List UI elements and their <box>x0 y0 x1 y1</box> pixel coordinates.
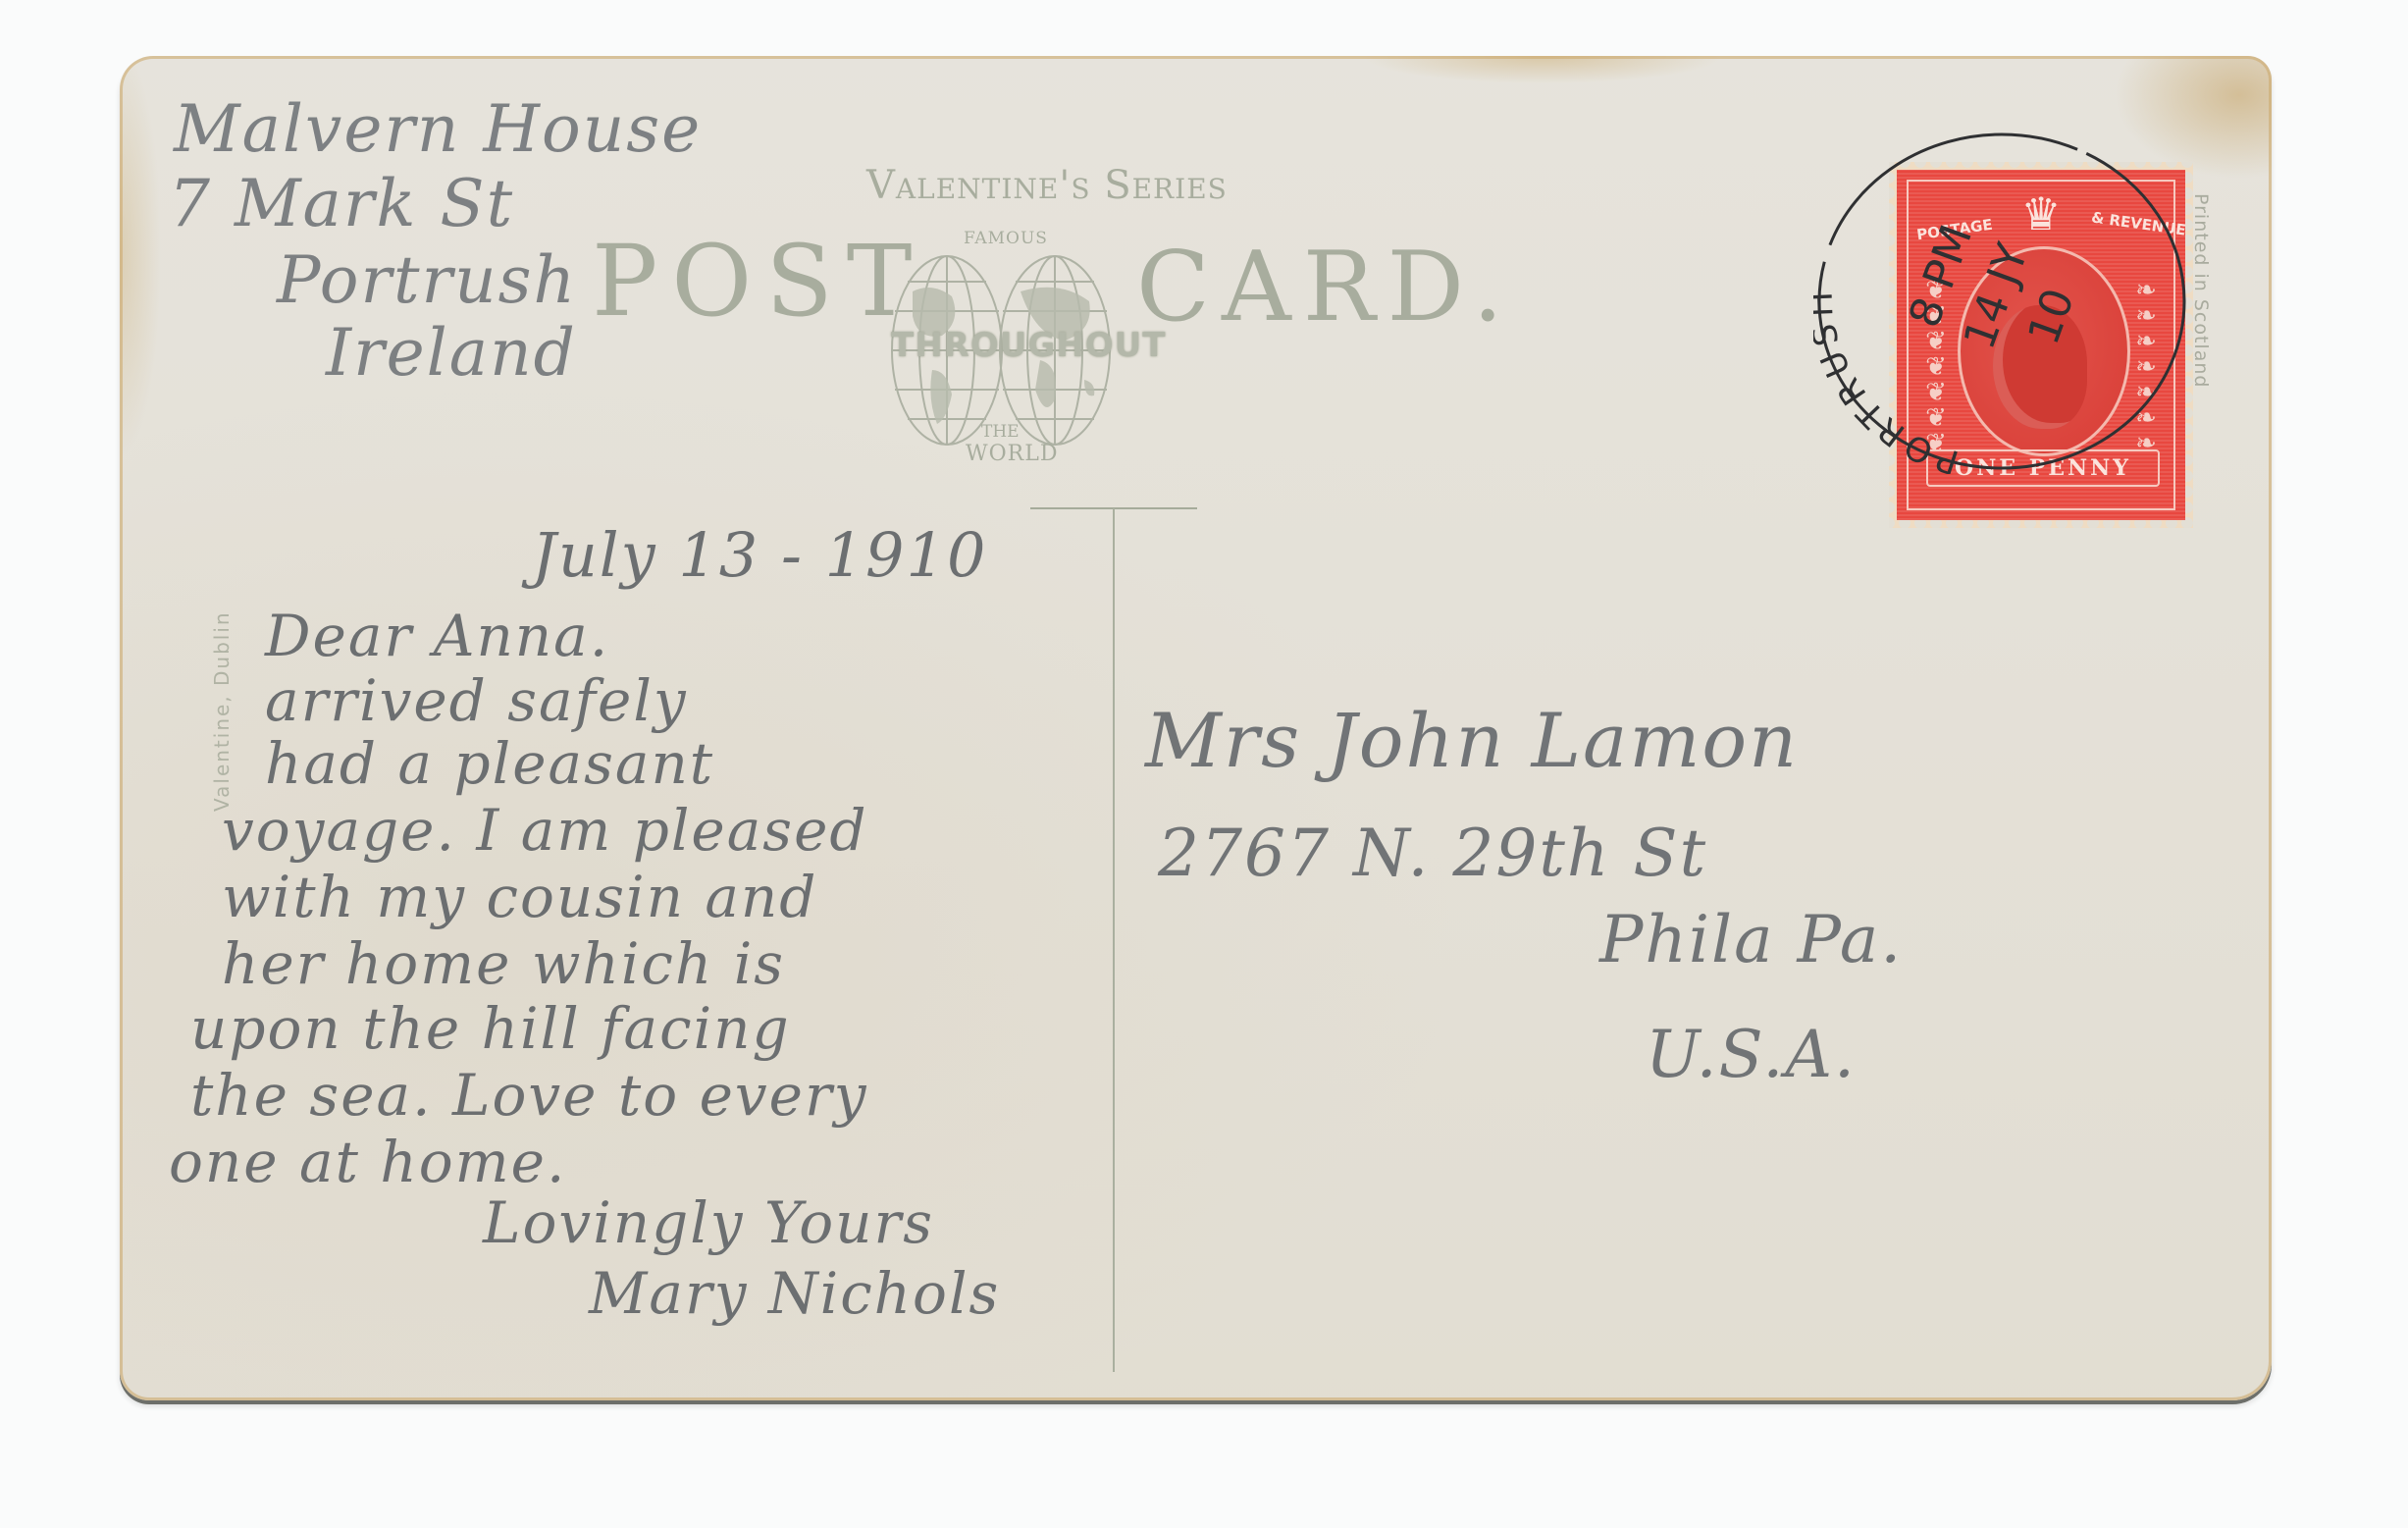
series-title: Valentine's Series <box>866 166 1228 205</box>
return-address-line: Ireland <box>326 321 577 386</box>
message-closing: Lovingly Yours <box>483 1194 934 1251</box>
message-line: arrived safely <box>265 672 688 729</box>
message-date: July 13 - 1910 <box>532 525 987 586</box>
divider-vertical <box>1113 508 1115 1372</box>
publisher-imprint: Valentine, Dublin <box>210 610 234 812</box>
emblem-famous: FAMOUS <box>964 231 1048 247</box>
return-address-line: Portrush <box>277 248 577 313</box>
recipient-country: U.S.A. <box>1646 1023 1857 1087</box>
recipient-city: Phila Pa. <box>1599 908 1903 973</box>
return-address-line: 7 Mark St <box>169 172 514 237</box>
post-heading: POST <box>592 233 925 331</box>
postmark-year: 10 <box>2018 283 2084 351</box>
emblem-world: WORLD <box>966 444 1058 465</box>
card-heading: CARD. <box>1136 239 1515 336</box>
postcard: Valentine's Series POST CARD. FAMOUS THR… <box>120 56 2272 1400</box>
message-line: one at home. <box>169 1133 566 1190</box>
message-signature: Mary Nichols <box>589 1265 1000 1322</box>
message-salutation: Dear Anna. <box>265 607 609 664</box>
return-address-line: Malvern House <box>174 97 702 162</box>
message-line: had a pleasant <box>265 735 714 792</box>
postmark-cancellation: PORTRUSH 8 PM 14 JY 10 <box>1813 129 2190 474</box>
emblem-throughout: THROUGHOUT <box>891 329 1166 362</box>
emblem-the: THE <box>981 424 1020 441</box>
recipient-street: 2767 N. 29th St <box>1158 821 1707 886</box>
recipient-name: Mrs John Lamon <box>1145 704 1799 778</box>
message-line: her home which is <box>222 935 785 992</box>
message-line: the sea. Love to every <box>190 1067 868 1124</box>
printed-in-scotland: Printed in Scotland <box>2190 193 2212 388</box>
message-line: with my cousin and <box>222 869 817 925</box>
message-line: voyage. I am pleased <box>222 802 868 859</box>
message-line: upon the hill facing <box>190 1000 791 1057</box>
